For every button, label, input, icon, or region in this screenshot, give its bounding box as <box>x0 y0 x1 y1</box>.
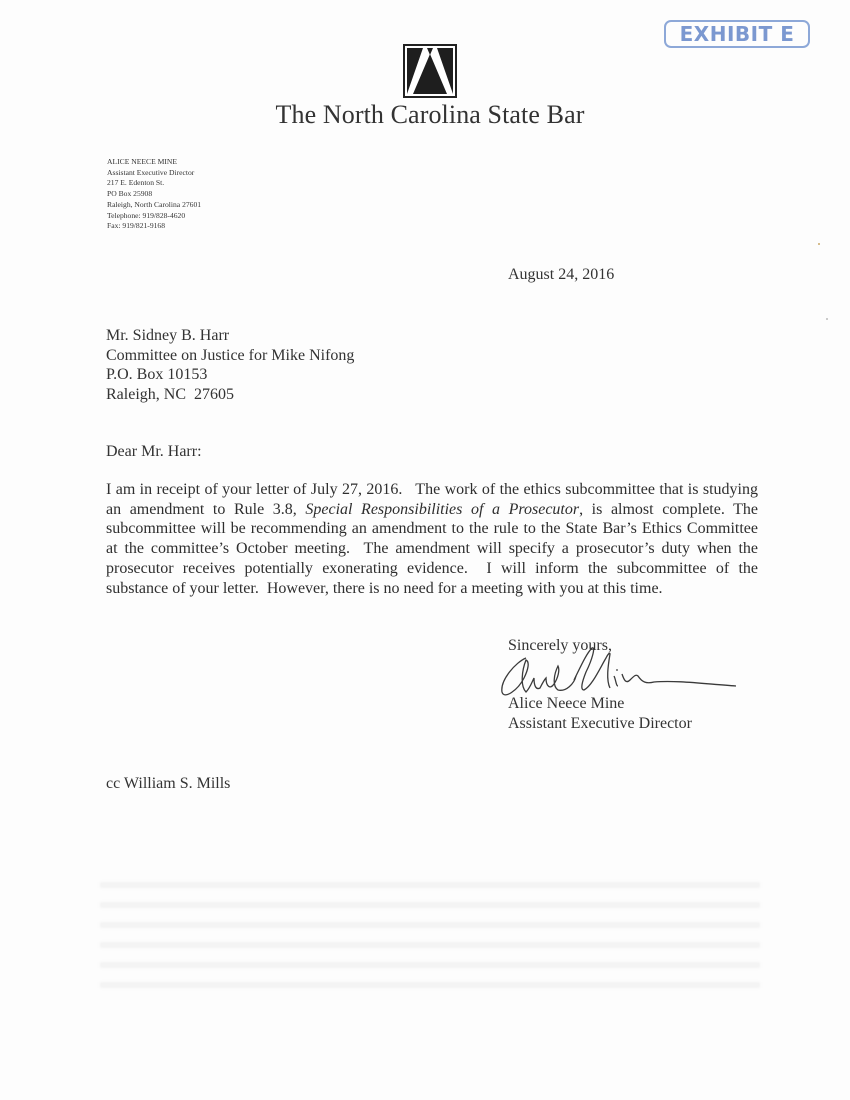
recipient-name: Mr. Sidney B. Harr <box>106 326 354 346</box>
letter-body: I am in receipt of your letter of July 2… <box>106 480 758 598</box>
cc-line: cc William S. Mills <box>106 775 230 793</box>
letter-date: August 24, 2016 <box>508 266 614 284</box>
bleed-through-text <box>100 882 760 992</box>
rule-title: Special Responsibilities of a Prosecutor <box>305 501 579 518</box>
recipient-organization: Committee on Justice for Mike Nifong <box>106 346 354 366</box>
recipient-address-block: Mr. Sidney B. Harr Committee on Justice … <box>106 326 354 404</box>
signer-title: Assistant Executive Director <box>508 714 692 734</box>
sender-telephone: Telephone: 919/828-4620 <box>107 211 201 222</box>
paper-speck <box>826 318 828 320</box>
sender-po-box: PO Box 25908 <box>107 189 201 200</box>
state-bar-logo-icon <box>403 44 457 98</box>
organization-name: The North Carolina State Bar <box>0 100 850 130</box>
signer-name: Alice Neece Mine <box>508 694 692 714</box>
sender-name: ALICE NEECE MINE <box>107 157 201 168</box>
recipient-city: Raleigh, NC 27605 <box>106 385 354 405</box>
sender-street: 217 E. Edenton St. <box>107 178 201 189</box>
signer-block: Alice Neece Mine Assistant Executive Dir… <box>508 694 692 734</box>
sender-city: Raleigh, North Carolina 27601 <box>107 200 201 211</box>
sender-address-block: ALICE NEECE MINE Assistant Executive Dir… <box>107 157 201 232</box>
recipient-po-box: P.O. Box 10153 <box>106 365 354 385</box>
paper-speck <box>818 243 820 245</box>
sender-fax: Fax: 919/821-9168 <box>107 221 201 232</box>
exhibit-stamp: EXHIBIT E <box>664 20 810 48</box>
salutation: Dear Mr. Harr: <box>106 443 202 461</box>
sender-title: Assistant Executive Director <box>107 168 201 179</box>
